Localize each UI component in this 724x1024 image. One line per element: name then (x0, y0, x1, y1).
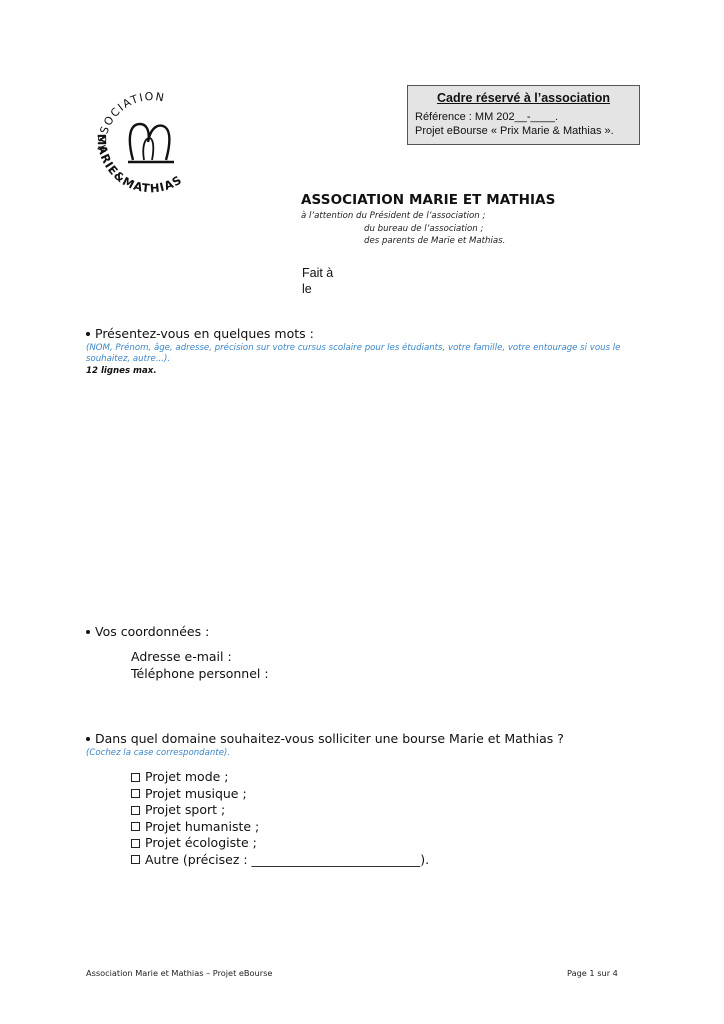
svg-text:MARIE&MATHIAS: MARIE&MATHIAS (95, 134, 185, 196)
presentation-hint: (NOM, Prénom, âge, adresse, précision su… (86, 343, 646, 365)
presentation-question: Présentez-vous en quelques mots : (86, 326, 314, 341)
coordonnees-question: Vos coordonnées : (86, 624, 209, 639)
project-line: Projet eBourse « Prix Marie & Mathias ». (415, 125, 614, 137)
option-ecologiste[interactable]: Projet écologiste ; (131, 835, 429, 852)
email-label: Adresse e-mail : (131, 648, 269, 665)
option-humaniste[interactable]: Projet humaniste ; (131, 819, 429, 836)
checkbox-icon[interactable] (131, 789, 140, 798)
place-date-block: Fait à le (302, 265, 333, 297)
bullet-icon (86, 737, 90, 741)
option-autre[interactable]: Autre (précisez : ______________________… (131, 852, 429, 869)
domaine-question: Dans quel domaine souhaitez-vous sollici… (86, 731, 564, 746)
association-title: ASSOCIATION MARIE ET MATHIAS (301, 192, 556, 208)
attention-line: à l’attention du Président de l’associat… (301, 211, 485, 221)
checkbox-icon[interactable] (131, 822, 140, 831)
checkbox-icon[interactable] (131, 855, 140, 864)
attention-line: des parents de Marie et Mathias. (364, 236, 505, 246)
reserved-box-title: Cadre réservé à l’association (408, 91, 639, 105)
domaine-options: Projet mode ; Projet musique ; Projet sp… (131, 769, 429, 868)
fait-a-label: Fait à (302, 265, 333, 281)
domaine-hint: (Cochez la case correspondante). (86, 748, 230, 759)
page-number: Page 1 sur 4 (567, 968, 618, 978)
le-label: le (302, 281, 333, 297)
association-logo: ASSOCIATION MARIE&MATHIAS (84, 82, 214, 200)
mm-monogram-icon: ASSOCIATION MARIE&MATHIAS (84, 82, 214, 200)
option-mode[interactable]: Projet mode ; (131, 769, 429, 786)
presentation-question-text: Présentez-vous en quelques mots : (95, 326, 314, 341)
phone-label: Téléphone personnel : (131, 665, 269, 682)
option-sport[interactable]: Projet sport ; (131, 802, 429, 819)
bullet-icon (86, 630, 90, 634)
reference-line: Référence : MM 202__-____. (415, 111, 558, 123)
checkbox-icon[interactable] (131, 773, 140, 782)
domaine-question-text: Dans quel domaine souhaitez-vous sollici… (95, 731, 564, 746)
footer-left: Association Marie et Mathias – Projet eB… (86, 968, 272, 978)
coordonnees-question-text: Vos coordonnées : (95, 624, 209, 639)
option-musique[interactable]: Projet musique ; (131, 786, 429, 803)
max-lines-note: 12 lignes max. (86, 366, 157, 376)
attention-line: du bureau de l’association ; (364, 224, 483, 234)
checkbox-icon[interactable] (131, 806, 140, 815)
checkbox-icon[interactable] (131, 839, 140, 848)
bullet-icon (86, 332, 90, 336)
contact-fields: Adresse e-mail : Téléphone personnel : (131, 648, 269, 682)
reserved-box: Cadre réservé à l’association Référence … (407, 85, 640, 145)
